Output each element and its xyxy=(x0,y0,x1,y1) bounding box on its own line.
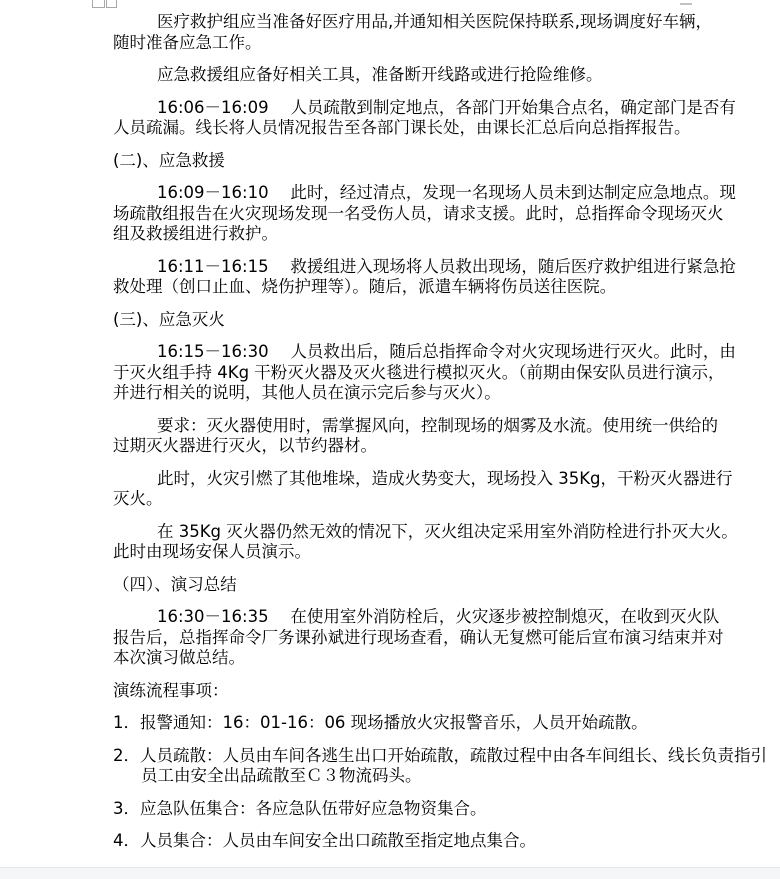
body-paragraph-timeline: 16:30－16:35 在使用室外消防栓后，火灾逐步被控制熄灭，在收到灭火队 报… xyxy=(113,607,745,669)
list-item: 4．人员集合：人员由车间安全出口疏散至指定地点集合。 xyxy=(113,831,745,852)
body-paragraph: 医疗救护组应当准备好医疗用品,并通知相关医院保持联系,现场调度好车辆， 随时准备… xyxy=(113,12,745,53)
section-heading-2: (二)、应急救援 xyxy=(113,151,745,172)
list-item: 2．人员疏散：人员由车间各逃生出口开始疏散，疏散过程中由各车间组长、线长负责指引… xyxy=(113,746,745,787)
body-paragraph: 在 35Kg 灭火器仍然无效的情况下，灭火组决定采用室外消防栓进行扑灭大火。 此… xyxy=(113,522,745,563)
body-paragraph-timeline: 16:11－16:15 救援组进入现场将人员救出现场，随后医疗救护组进行紧急抢 … xyxy=(113,257,745,298)
body-paragraph: 此时，火灾引燃了其他堆垛，造成火势变大，现场投入 35Kg，干粉灭火器进行 灭火… xyxy=(113,469,745,510)
body-paragraph-timeline: 16:09－16:10 此时，经过清点，发现一名现场人员未到达制定应急地点。现 … xyxy=(113,183,745,245)
list-item: 3．应急队伍集合：各应急队伍带好应急物资集合。 xyxy=(113,799,745,820)
list-item: 1．报警通知：16：01-16：06 现场播放火灾报警音乐，人员开始疏散。 xyxy=(113,713,745,734)
body-paragraph-timeline: 16:15－16:30 人员救出后，随后总指挥命令对火灾现场进行灭火。此时，由 … xyxy=(113,342,745,404)
list-title: 演练流程事项： xyxy=(113,681,745,702)
section-heading-3: (三)、应急灭火 xyxy=(113,310,745,331)
document-canvas[interactable]: 医疗救护组应当准备好医疗用品,并通知相关医院保持联系,现场调度好车辆， 随时准备… xyxy=(0,0,780,868)
body-paragraph: 要求：灭火器使用时，需掌握风向，控制现场的烟雾及水流。使用统一供给的 过期灭火器… xyxy=(113,416,745,457)
viewer-footer-bar xyxy=(0,867,780,879)
body-paragraph-timeline: 16:06－16:09 人员疏散到制定地点，各部门开始集合点名，确定部门是否有 … xyxy=(113,98,745,139)
section-heading-4: （四）、演习总结 xyxy=(113,575,745,596)
body-paragraph: 应急救援组应备好相关工具，准备断开线路或进行抢险维修。 xyxy=(113,65,745,86)
